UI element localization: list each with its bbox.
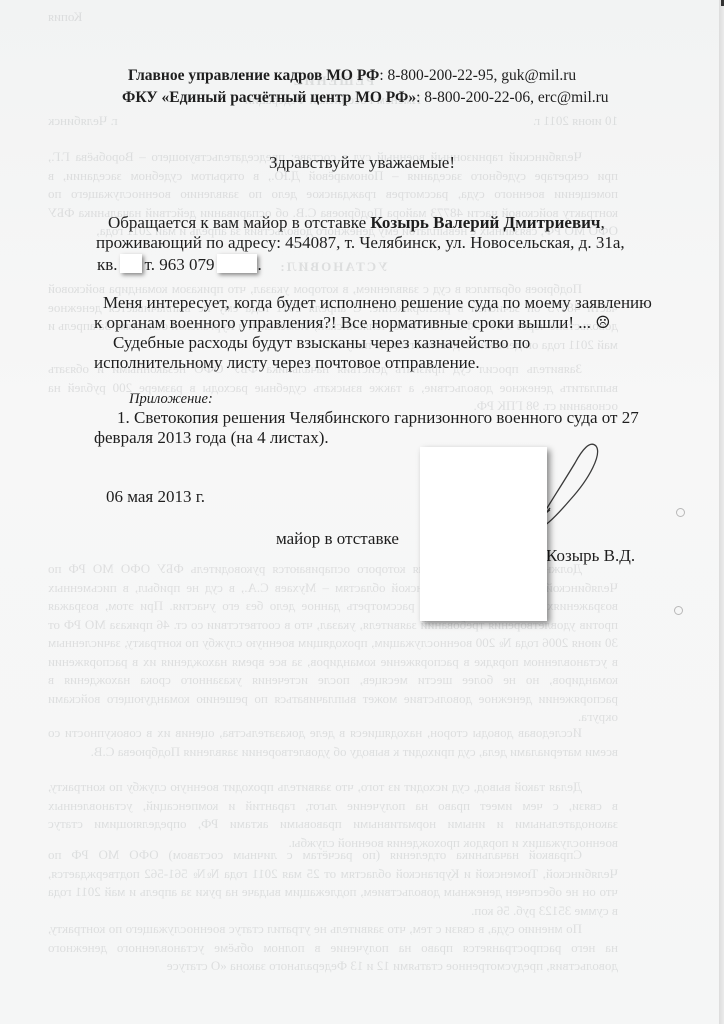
header-line-erc: ФКУ «Единый расчётный центр МО РФ»: 8-80… [122,88,609,107]
redaction-signature [420,447,547,621]
intro-suffix: , [601,213,605,232]
bleed-through-dateline: 10 июня 2011 г. г. Челябинск [48,112,618,131]
sender-name: Козырь Валерий Дмитриевич [370,213,600,232]
intro-end: . [257,255,261,274]
scanned-page: Копия РЕШЕНИЕ Именем Российской Федераци… [0,0,719,1024]
bleed-paragraph: По мнению суда, в связи с тем, что заяви… [48,920,618,976]
header-org-erc: ФКУ «Единый расчётный центр МО РФ» [122,89,416,106]
bleed-through-para-6: Делая такой вывод, суд исходит из того, … [48,778,618,852]
redaction-phone [217,254,257,273]
attachment-item-line2: февраля 2013 года (на 4 листах). [94,428,329,447]
letter-date: 06 мая 2013 г. [106,487,205,506]
header-contacts-erc: : 8-800-200-22-06, erc@mil.ru [416,89,608,106]
redaction-apartment [120,254,142,273]
intro-contact-line: кв.т. 963 079. [97,254,262,274]
header-org-guk: Главное управление кадров МО РФ [128,67,379,84]
signature-rank: майор в отставке [276,529,399,548]
bleed-paragraph: Делая такой вывод, суд исходит из того, … [48,778,618,852]
body-p1-line1: Меня интересует, когда будет исполнено р… [103,293,652,312]
body-p2-line1: Судебные расходы будут взысканы через ка… [113,333,530,352]
greeting: Здравствуйте уважаемые! [0,153,724,172]
bleed-through-para-7: Справкой начальника отделения (по расчёт… [48,846,618,920]
header-contacts-guk: : 8-800-200-22-95, guk@mil.ru [379,67,576,84]
intro-address: проживающий по адресу: 454087, т. Челяби… [96,233,625,252]
intro-line-1: Обращается к вам майор в отставке Козырь… [108,213,605,232]
bleed-paragraph: Справкой начальника отделения (по расчёт… [48,846,618,920]
intro-prefix: Обращается к вам майор в отставке [108,213,370,232]
bleed-through-copy-mark: Копия [48,8,618,27]
bleed-through-para-5: Исследовав доводы сторон, находящиеся в … [48,724,618,761]
signature-name: Козырь В.Д. [546,546,635,565]
body-p2-line2: исполнительному листу через почтовое отп… [94,353,480,372]
header-line-guk: Главное управление кадров МО РФ: 8-800-2… [128,66,576,85]
bleed-paragraph: Исследовав доводы сторон, находящиеся в … [48,724,618,761]
apartment-label: кв. [97,255,118,274]
bleed-city: г. Челябинск [48,112,118,131]
body-p1-line2: к органам военного управления?! Все норм… [94,313,611,332]
scan-speck-icon [676,508,685,517]
attachment-label: Приложение: [129,390,213,409]
page-edge [719,0,724,1024]
phone-partial: т. 963 079 [145,255,215,274]
bleed-dateline: 10 июня 2011 г. [533,113,618,128]
scan-speck-icon [674,606,683,615]
bleed-copy-label: Копия [48,9,82,24]
bleed-through-para-8: По мнению суда, в связи с тем, что заяви… [48,920,618,976]
attachment-item-line1: 1. Светокопия решения Челябинского гарни… [117,408,639,427]
